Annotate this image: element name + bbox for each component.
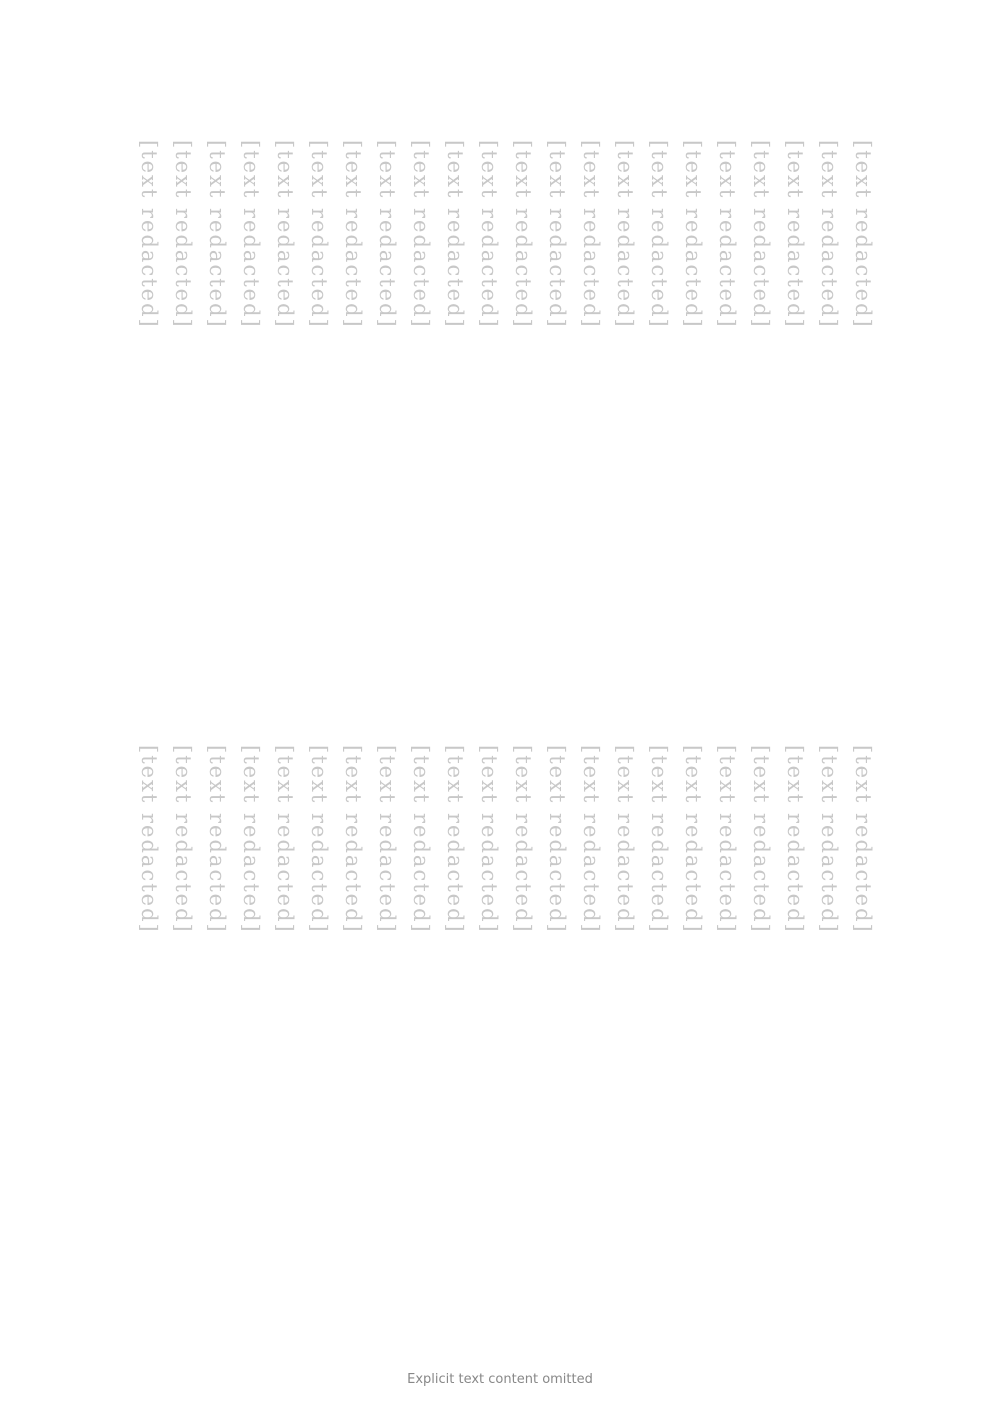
text-column: [text redacted] <box>336 745 370 1305</box>
text-column: [text redacted] <box>846 140 880 730</box>
text-column: [text redacted] <box>132 745 166 1305</box>
top-text-block: [text redacted][text redacted][text reda… <box>132 140 880 730</box>
text-column: [text redacted] <box>676 140 710 730</box>
text-column: [text redacted] <box>370 140 404 730</box>
text-column: [text redacted] <box>846 745 880 1305</box>
text-column: [text redacted] <box>506 745 540 1305</box>
text-column: [text redacted] <box>472 140 506 730</box>
text-column: [text redacted] <box>166 745 200 1305</box>
text-column: [text redacted] <box>438 140 472 730</box>
text-column: [text redacted] <box>744 140 778 730</box>
text-column: [text redacted] <box>710 140 744 730</box>
text-column: [text redacted] <box>336 140 370 730</box>
text-column: [text redacted] <box>268 745 302 1305</box>
text-column: [text redacted] <box>506 140 540 730</box>
text-column: [text redacted] <box>642 140 676 730</box>
text-column: [text redacted] <box>404 140 438 730</box>
text-column: [text redacted] <box>812 745 846 1305</box>
text-column: [text redacted] <box>404 745 438 1305</box>
text-column: [text redacted] <box>234 140 268 730</box>
text-column: [text redacted] <box>268 140 302 730</box>
text-column: [text redacted] <box>438 745 472 1305</box>
text-column: [text redacted] <box>166 140 200 730</box>
text-column: [text redacted] <box>540 140 574 730</box>
text-column: [text redacted] <box>574 745 608 1305</box>
text-column: [text redacted] <box>370 745 404 1305</box>
text-column: [text redacted] <box>472 745 506 1305</box>
text-column: [text redacted] <box>642 745 676 1305</box>
text-column: [text redacted] <box>710 745 744 1305</box>
text-column: [text redacted] <box>200 140 234 730</box>
text-column: [text redacted] <box>302 745 336 1305</box>
text-column: [text redacted] <box>778 745 812 1305</box>
text-column: [text redacted] <box>234 745 268 1305</box>
text-column: [text redacted] <box>132 140 166 730</box>
text-column: [text redacted] <box>676 745 710 1305</box>
content-note: Explicit text content omitted <box>0 1372 1000 1387</box>
bottom-text-block: [text redacted][text redacted][text reda… <box>132 745 880 1305</box>
text-column: [text redacted] <box>608 140 642 730</box>
text-column: [text redacted] <box>778 140 812 730</box>
text-column: [text redacted] <box>608 745 642 1305</box>
text-column: [text redacted] <box>302 140 336 730</box>
text-column: [text redacted] <box>744 745 778 1305</box>
text-column: [text redacted] <box>812 140 846 730</box>
text-column: [text redacted] <box>574 140 608 730</box>
text-column: [text redacted] <box>200 745 234 1305</box>
text-column: [text redacted] <box>540 745 574 1305</box>
